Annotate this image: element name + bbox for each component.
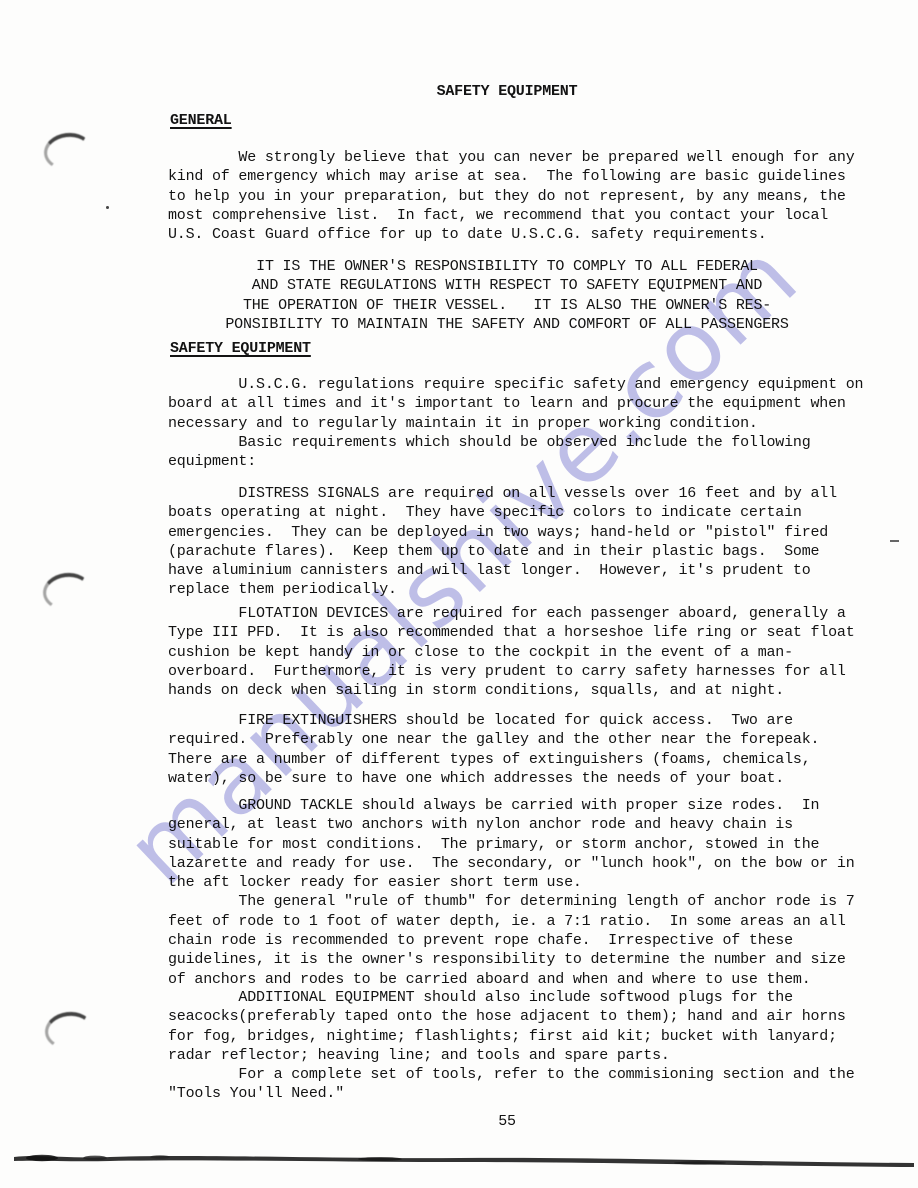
section-heading-safety-equipment: SAFETY EQUIPMENT: [170, 339, 311, 358]
binder-hole-mark: [43, 1009, 95, 1052]
binder-hole-mark: [42, 130, 94, 173]
page-number: 55: [168, 1112, 846, 1131]
paragraph-fire-extinguishers: FIRE EXTINGUISHERS should be located for…: [168, 711, 846, 788]
paragraph-intro: We strongly believe that you can never b…: [168, 148, 846, 244]
page-bottom-scan-edge: [0, 1145, 918, 1188]
paragraph-flotation-devices: FLOTATION DEVICES are required for each …: [168, 604, 846, 700]
scan-speck: [890, 540, 899, 542]
paragraph-distress-signals: DISTRESS SIGNALS are required on all ves…: [168, 484, 846, 600]
paragraph-uscg-regulations: U.S.C.G. regulations require specific sa…: [168, 375, 846, 471]
paragraph-additional-equipment: ADDITIONAL EQUIPMENT should also include…: [168, 988, 846, 1104]
page-title: SAFETY EQUIPMENT: [168, 82, 846, 101]
paragraph-ground-tackle: GROUND TACKLE should always be carried w…: [168, 796, 846, 989]
binder-hole-mark: [41, 570, 93, 613]
section-heading-general: GENERAL: [170, 111, 232, 130]
owner-responsibility-notice: IT IS THE OWNER'S RESPONSIBILITY TO COMP…: [168, 257, 846, 334]
scan-speck: [106, 206, 109, 209]
scanned-manual-page: SAFETY EQUIPMENT GENERAL We strongly bel…: [0, 0, 918, 1188]
